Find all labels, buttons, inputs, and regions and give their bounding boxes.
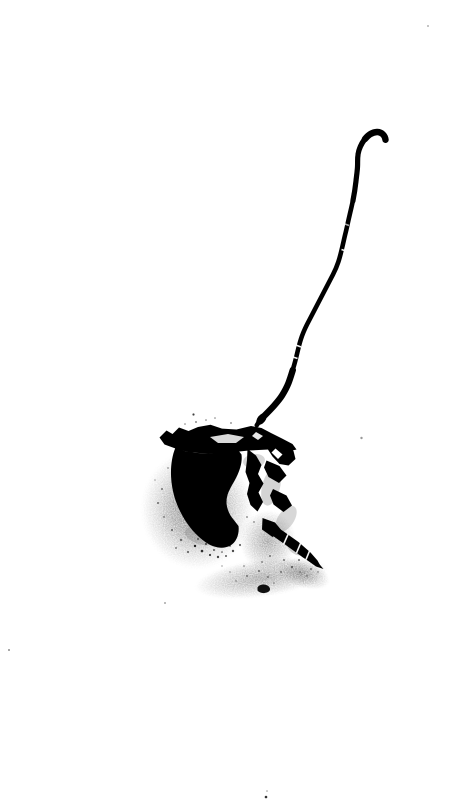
wall-speck [265,796,268,799]
wall-speck [192,413,194,415]
wall-speck [427,25,429,27]
wall-speck [8,649,10,651]
wall-speck [360,437,362,439]
wall-background [0,0,450,800]
wall-speck [266,790,268,792]
photo-canvas: Withered flower on white wall [0,0,450,800]
photo-withered-flower: Withered flower on white wall [0,0,450,800]
wall-speck [164,602,166,604]
